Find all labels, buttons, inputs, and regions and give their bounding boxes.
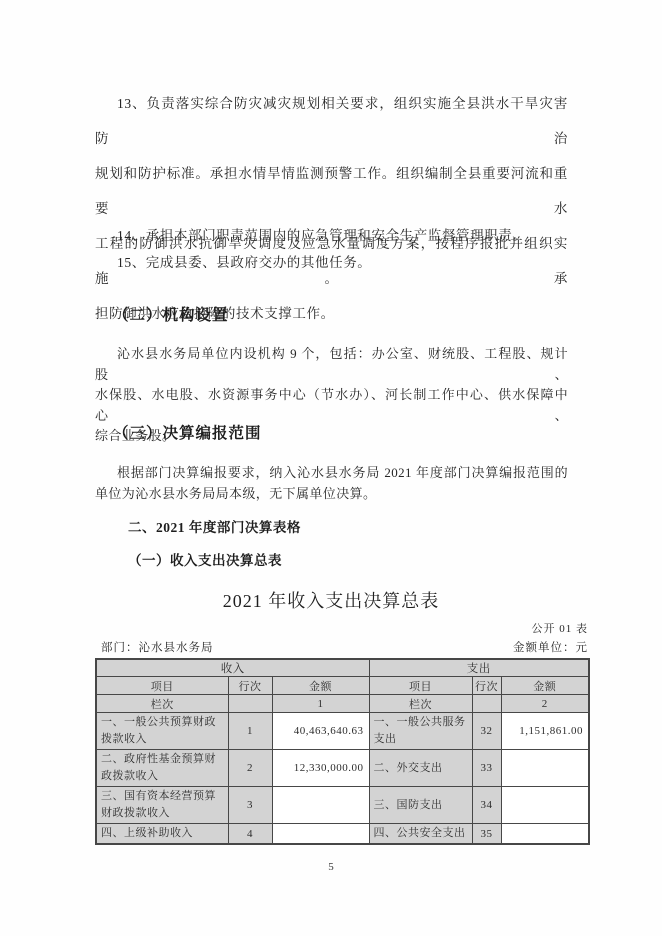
paragraph-14: 14、承担本部门职责范围内的应急管理和安全生产监督管理职责。 bbox=[95, 226, 568, 246]
table-row: 二、政府性基金预算财政拨款收入 2 12,330,000.00 二、外交支出 3… bbox=[96, 750, 589, 787]
expense-amount-cell bbox=[501, 787, 589, 824]
table-row: 四、上级补助收入 4 四、公共安全支出 35 bbox=[96, 824, 589, 845]
paragraph-organization-line: 水保股、水电股、水资源事务中心（节水办）、河长制工作中心、供水保障中心、 bbox=[95, 385, 568, 426]
income-amount-cell bbox=[272, 787, 369, 824]
expense-rowno-cell: 35 bbox=[472, 824, 501, 845]
expense-amount-header: 金额 bbox=[501, 677, 589, 695]
paragraph-15: 15、完成县委、县政府交办的其他任务。 bbox=[95, 253, 568, 273]
expense-lane-blank bbox=[472, 695, 501, 713]
expense-lane-number: 2 bbox=[501, 695, 589, 713]
paragraph-organization-line: 沁水县水务局单位内设机构 9 个，包括：办公室、财统股、工程股、规计股、 bbox=[95, 344, 568, 385]
income-item-header: 项目 bbox=[96, 677, 228, 695]
paragraph-scope-line: 单位为沁水县水务局局本级，无下属单位决算。 bbox=[95, 484, 568, 505]
paragraph-scope-line: 根据部门决算编报要求，纳入沁水县水务局 2021 年度部门决算编报范围的 bbox=[95, 463, 568, 484]
department-label: 部门：沁水县水务局 bbox=[101, 639, 214, 655]
table-row: 一、一般公共预算财政拨款收入 1 40,463,640.63 一、一般公共服务支… bbox=[96, 713, 589, 750]
income-item-cell: 三、国有资本经营预算财政拨款收入 bbox=[96, 787, 228, 824]
income-amount-cell: 40,463,640.63 bbox=[272, 713, 369, 750]
paragraph-13-line: 规划和防护标准。承担水情旱情监测预警工作。组织编制全县重要河流和重要水 bbox=[95, 156, 568, 226]
expense-rowno-cell: 33 bbox=[472, 750, 501, 787]
expense-lane-label: 栏次 bbox=[369, 695, 472, 713]
table-group-header-row: 收入 支出 bbox=[96, 659, 589, 677]
income-rowno-header: 行次 bbox=[228, 677, 272, 695]
expense-amount-cell: 1,151,861.00 bbox=[501, 713, 589, 750]
expense-rowno-cell: 34 bbox=[472, 787, 501, 824]
income-expense-summary-table: 收入 支出 项目 行次 金额 项目 行次 金额 栏次 1 栏次 2 一、一般公共… bbox=[95, 658, 590, 845]
paragraph-scope: 根据部门决算编报要求，纳入沁水县水务局 2021 年度部门决算编报范围的 单位为… bbox=[95, 463, 568, 504]
expense-rowno-cell: 32 bbox=[472, 713, 501, 750]
expense-item-cell: 四、公共安全支出 bbox=[369, 824, 472, 845]
expense-item-cell: 三、国防支出 bbox=[369, 787, 472, 824]
income-amount-cell: 12,330,000.00 bbox=[272, 750, 369, 787]
heading-report-scope: （三）决算编报范围 bbox=[113, 421, 262, 443]
expense-rowno-header: 行次 bbox=[472, 677, 501, 695]
amount-unit-label: 金额单位：元 bbox=[513, 639, 588, 655]
group-header-income: 收入 bbox=[96, 659, 369, 677]
heading-subsection1-summary: （一）收入支出决算总表 bbox=[128, 549, 282, 569]
doc-ref-label: 公开 01 表 bbox=[532, 620, 589, 636]
income-amount-cell bbox=[272, 824, 369, 845]
table-row: 三、国有资本经营预算财政拨款收入 3 三、国防支出 34 bbox=[96, 787, 589, 824]
income-amount-header: 金额 bbox=[272, 677, 369, 695]
expense-amount-cell bbox=[501, 750, 589, 787]
heading-organization-setup: （二）机构设置 bbox=[113, 303, 229, 325]
income-lane-blank bbox=[228, 695, 272, 713]
income-lane-label: 栏次 bbox=[96, 695, 228, 713]
expense-item-header: 项目 bbox=[369, 677, 472, 695]
income-lane-number: 1 bbox=[272, 695, 369, 713]
paragraph-13-line: 13、负责落实综合防灾减灾规划相关要求，组织实施全县洪水干旱灾害防治 bbox=[95, 86, 568, 156]
income-item-cell: 二、政府性基金预算财政拨款收入 bbox=[96, 750, 228, 787]
income-item-cell: 一、一般公共预算财政拨款收入 bbox=[96, 713, 228, 750]
paragraph-13: 13、负责落实综合防灾减灾规划相关要求，组织实施全县洪水干旱灾害防治 规划和防护… bbox=[95, 86, 568, 331]
group-header-expense: 支出 bbox=[369, 659, 589, 677]
expense-amount-cell bbox=[501, 824, 589, 845]
document-page: 13、负责落实综合防灾减灾规划相关要求，组织实施全县洪水干旱灾害防治 规划和防护… bbox=[0, 0, 662, 936]
income-rowno-cell: 1 bbox=[228, 713, 272, 750]
expense-item-cell: 二、外交支出 bbox=[369, 750, 472, 787]
table-lane-row: 栏次 1 栏次 2 bbox=[96, 695, 589, 713]
table-column-header-row: 项目 行次 金额 项目 行次 金额 bbox=[96, 677, 589, 695]
income-rowno-cell: 3 bbox=[228, 787, 272, 824]
income-item-cell: 四、上级补助收入 bbox=[96, 824, 228, 845]
income-rowno-cell: 4 bbox=[228, 824, 272, 845]
table-title: 2021 年收入支出决算总表 bbox=[0, 587, 662, 613]
expense-item-cell: 一、一般公共服务支出 bbox=[369, 713, 472, 750]
heading-section2-tables: 二、2021 年度部门决算表格 bbox=[128, 516, 301, 536]
page-number: 5 bbox=[0, 861, 662, 873]
income-rowno-cell: 2 bbox=[228, 750, 272, 787]
